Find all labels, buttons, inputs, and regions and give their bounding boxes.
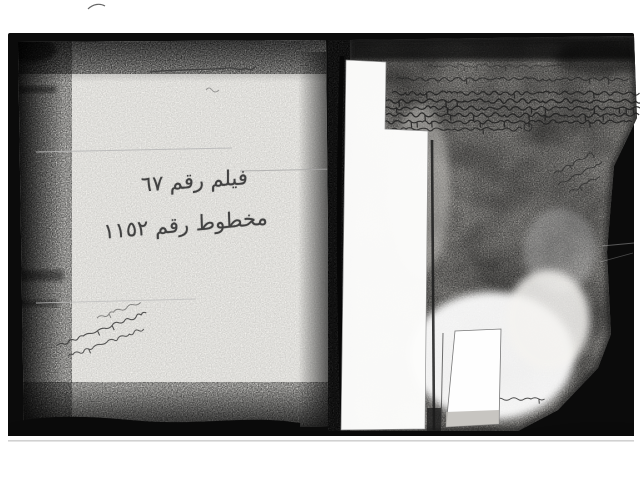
manuscript-scan-page: فيلم رقم ٦٧ مخطوط رقم ١١٥٢ [0,0,640,480]
scan-artwork [0,0,640,480]
left-page [8,38,332,432]
scanline-artifact [8,440,634,442]
